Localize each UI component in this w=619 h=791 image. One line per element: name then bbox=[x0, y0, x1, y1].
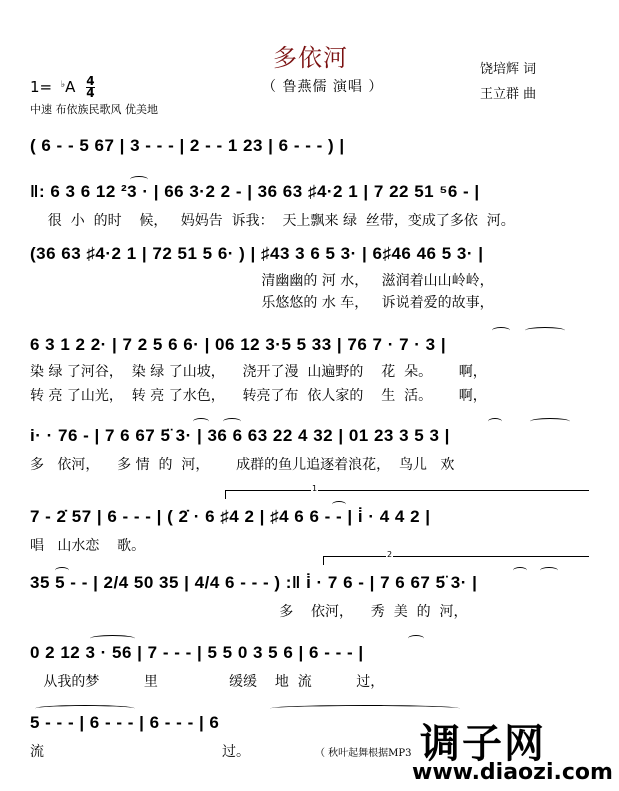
slur bbox=[223, 418, 241, 425]
slur bbox=[530, 418, 570, 425]
score-row-2: ‖: 6 3 6 12 ²3 · | 66 3·2 2 - | 36 63 ♯4… bbox=[30, 182, 589, 210]
notation-line: ‖: 6 3 6 12 ²3 · | 66 3·2 2 - | 36 63 ♯4… bbox=[30, 182, 480, 202]
slur bbox=[525, 327, 565, 334]
slur bbox=[408, 635, 424, 642]
second-ending-bracket: 2 bbox=[323, 556, 589, 565]
lyric-line: 唱 山水恋 歌。 bbox=[30, 535, 145, 555]
first-ending-bracket: 1 bbox=[225, 490, 589, 499]
notation-line: 0 2 12 3 · 56 | 7 - - - | 5 5 0 3 5 6 | … bbox=[30, 643, 364, 663]
song-title: 多依河 bbox=[273, 38, 348, 73]
lyric-line: 流 过。 bbox=[30, 741, 250, 761]
key-note: A bbox=[65, 78, 75, 96]
composer-credit: 王立群 曲 bbox=[480, 83, 536, 102]
lyric-line: 乐悠悠的 水 车， 诉说着爱的故事， bbox=[30, 292, 494, 312]
slur bbox=[492, 327, 510, 334]
slur bbox=[35, 705, 135, 712]
slur bbox=[488, 418, 502, 425]
lyric-line: 多 依河， 多 情 的 河， 成群的鱼儿追逐着浪花， 鸟儿 欢 bbox=[30, 454, 454, 474]
notation-line: 5 - - - | 6 - - - | 6 - - - | 6 bbox=[30, 713, 219, 733]
volta-label: 2 bbox=[386, 550, 393, 559]
transcription-note: （ 秋叶起舞根据MP3 bbox=[315, 744, 412, 759]
slur bbox=[540, 567, 558, 574]
slur bbox=[193, 418, 209, 425]
lyric-line: 转 亮 了山光， 转 亮 了水色， 转亮了布 依人家的 生 活。 啊， bbox=[30, 385, 487, 405]
slur bbox=[270, 705, 460, 712]
score-row-3: (36 63 ♯4·2 1 | 72 51 5 6· ) | ♯43 3 6 5… bbox=[30, 244, 589, 272]
lyric-line: 染 绿 了河谷， 染 绿 了山坡， 浇开了漫 山遍野的 花 朵。 啊， bbox=[30, 361, 487, 381]
score-row-4: 6 3 1 2 2· | 7 2 5 6 6· | 06 12 3·5 5 33… bbox=[30, 335, 589, 363]
score-row-1: ( 6 - - 5 67 | 3 - - - | 2 - - 1 23 | 6 … bbox=[30, 136, 589, 164]
lyric-line: 清幽幽的 河 水， 滋润着山山岭岭， bbox=[30, 270, 494, 290]
slur bbox=[90, 635, 135, 642]
score-row-7: 35 5 - - | 2/4 50 35 | 4/4 6 - - - ) :‖ … bbox=[30, 573, 589, 601]
singer-credit: （ 鲁燕儒 演唱 ） bbox=[262, 76, 383, 96]
time-bottom: 4 bbox=[86, 88, 94, 99]
notation-line: ( 6 - - 5 67 | 3 - - - | 2 - - 1 23 | 6 … bbox=[30, 136, 345, 156]
key-prefix: 1= bbox=[30, 78, 57, 96]
notation-line: 6 3 1 2 2· | 7 2 5 6 6· | 06 12 3·5 5 33… bbox=[30, 335, 446, 355]
score-row-6: 7 - 2̇ 57 | 6 - - - | ( 2̇ · 6 ♯4 2 | ♯4… bbox=[30, 507, 589, 535]
score-row-8: 0 2 12 3 · 56 | 7 - - - | 5 5 0 3 5 6 | … bbox=[30, 643, 589, 671]
slur bbox=[513, 567, 527, 574]
notation-line: i· · 76 - | 7 6 67 5̈ 3· | 36 6 63 22 4 … bbox=[30, 426, 450, 446]
tempo-marking: 中速 布依族民歌风 优美地 bbox=[30, 101, 158, 117]
notation-line: (36 63 ♯4·2 1 | 72 51 5 6· ) | ♯43 3 6 5… bbox=[30, 244, 484, 264]
notation-line: 35 5 - - | 2/4 50 35 | 4/4 6 - - - ) :‖ … bbox=[30, 573, 477, 593]
key-signature: 1= ♭A 4 4 bbox=[30, 76, 95, 99]
time-signature: 4 4 bbox=[86, 76, 94, 99]
watermark-url[interactable]: www.diaozi.com bbox=[412, 760, 613, 785]
notation-line: 7 - 2̇ 57 | 6 - - - | ( 2̇ · 6 ♯4 2 | ♯4… bbox=[30, 507, 431, 527]
volta-label: 1 bbox=[311, 484, 318, 493]
score-row-5: i· · 76 - | 7 6 67 5̈ 3· | 36 6 63 22 4 … bbox=[30, 426, 589, 454]
lyric-line: 从我的梦 里 缓缓 地 流 过， bbox=[30, 671, 384, 691]
lyric-line: 多 依河， 秀 美 的 河， bbox=[30, 601, 468, 621]
lyricist-credit: 饶培辉 词 bbox=[480, 58, 536, 77]
lyric-line: 很 小 的时 候， 妈妈告 诉我： 天上飘来 绿 丝带，变成了多依 河。 bbox=[30, 210, 515, 230]
